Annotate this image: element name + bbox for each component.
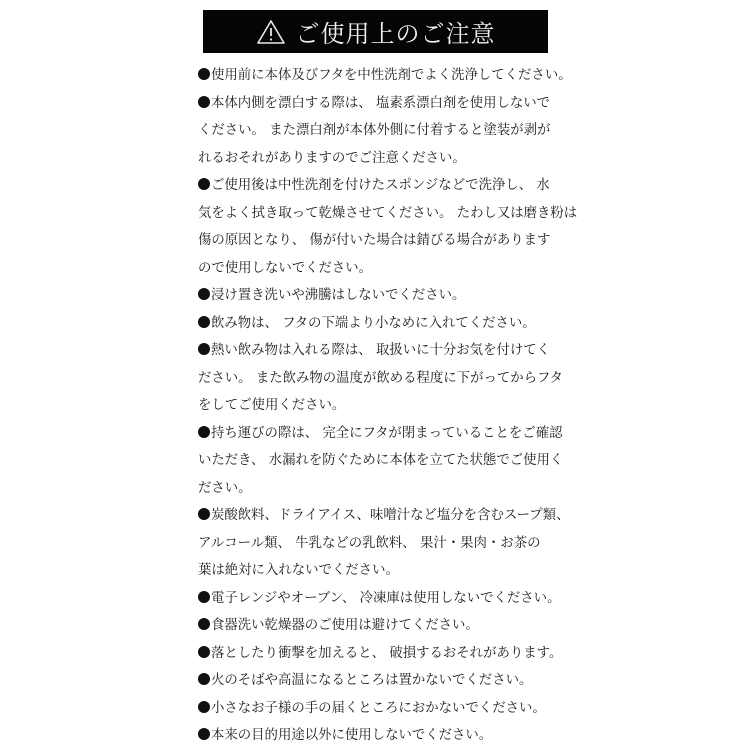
notice-item: 持ち運びの際は、 完全にフタが閉まっていることをご確認いただき、 水漏れを防ぐた… <box>198 420 568 503</box>
bullet-icon <box>198 508 210 520</box>
bullet-icon <box>198 96 210 108</box>
notice-text: 浸け置き洗いや沸騰はしないでください。 <box>211 288 465 303</box>
bullet-icon <box>198 426 210 438</box>
notice-item: 本体内側を漂白する際は、 塩素系漂白剤を使用しないでください。 また漂白剤が本体… <box>198 90 568 173</box>
notice-text: 葉は絶対に入れないでください。 <box>198 563 399 578</box>
notice-text: 本来の目的用途以外に使用しないでください。 <box>211 728 492 743</box>
notice-line: 浸け置き洗いや沸騰はしないでください。 <box>198 282 568 310</box>
bullet-icon <box>198 68 210 80</box>
notice-item: 小さなお子様の手の届くところにおかないでください。 <box>198 695 568 723</box>
notice-text: 火のそばや高温になるところは置かないでください。 <box>211 673 532 688</box>
notice-text: 使用前に本体及びフタを中性洗剤でよく洗浄してください。 <box>211 68 572 83</box>
header-title: ご使用上のご注意 <box>296 14 496 49</box>
notice-text: 小さなお子様の手の届くところにおかないでください。 <box>211 701 546 716</box>
bullet-icon <box>198 646 210 658</box>
notice-text: ください。 また漂白剤が本体外側に付着すると塗装が剥が <box>198 123 550 138</box>
notice-line: 葉は絶対に入れないでください。 <box>198 557 568 585</box>
bullet-icon <box>198 288 210 300</box>
bullet-icon <box>198 343 210 355</box>
notice-text: ださい。 また飲み物の温度が飲める程度に下がってからフタ <box>198 371 563 386</box>
notice-line: 電子レンジやオーブン、 冷凍庫は使用しないでください。 <box>198 585 568 613</box>
notice-item: 使用前に本体及びフタを中性洗剤でよく洗浄してください。 <box>198 62 568 90</box>
bullet-icon <box>198 178 210 190</box>
notice-text: 傷の原因となり、 傷が付いた場合は錆びる場合があります <box>198 233 550 248</box>
notice-line: 持ち運びの際は、 完全にフタが閉まっていることをご確認 <box>198 420 568 448</box>
notice-line: ので使用しないでください。 <box>198 255 568 283</box>
notice-text: 落としたり衝撃を加えると、 破損するおそれがあります。 <box>211 646 562 661</box>
notice-text: ので使用しないでください。 <box>198 261 372 276</box>
notice-line: いただき、 水漏れを防ぐために本体を立てた状態でご使用く <box>198 447 568 475</box>
notice-header: ご使用上のご注意 <box>203 10 548 53</box>
bullet-icon <box>198 701 210 713</box>
notice-text: 持ち運びの際は、 完全にフタが閉まっていることをご確認 <box>211 426 562 441</box>
notice-line: 本体内側を漂白する際は、 塩素系漂白剤を使用しないで <box>198 90 568 118</box>
notice-line: ださい。 また飲み物の温度が飲める程度に下がってからフタ <box>198 365 568 393</box>
notice-text: 熱い飲み物は入れる際は、 取扱いに十分お気を付けてく <box>211 343 550 358</box>
notice-line: ください。 また漂白剤が本体外側に付着すると塗装が剥が <box>198 117 568 145</box>
notice-item: 浸け置き洗いや沸騰はしないでください。 <box>198 282 568 310</box>
bullet-icon <box>198 618 210 630</box>
notice-text: ださい。 <box>198 481 252 496</box>
notice-item: 火のそばや高温になるところは置かないでください。 <box>198 667 568 695</box>
notice-text: をしてご使用ください。 <box>198 398 345 413</box>
notice-text: いただき、 水漏れを防ぐために本体を立てた状態でご使用く <box>198 453 563 468</box>
notice-line: 食器洗い乾燥器のご使用は避けてください。 <box>198 612 568 640</box>
notice-text: れるおそれがありますのでご注意ください。 <box>198 151 466 166</box>
bullet-icon <box>198 673 210 685</box>
notice-line: 熱い飲み物は入れる際は、 取扱いに十分お気を付けてく <box>198 337 568 365</box>
notice-line: 落としたり衝撃を加えると、 破損するおそれがあります。 <box>198 640 568 668</box>
notice-line: 火のそばや高温になるところは置かないでください。 <box>198 667 568 695</box>
notice-line: 本来の目的用途以外に使用しないでください。 <box>198 722 568 750</box>
notice-line: ご使用後は中性洗剤を付けたスポンジなどで洗浄し、 水 <box>198 172 568 200</box>
bullet-icon <box>198 728 210 740</box>
notice-item: ご使用後は中性洗剤を付けたスポンジなどで洗浄し、 水気をよく拭き取って乾燥させて… <box>198 172 568 282</box>
notice-line: 使用前に本体及びフタを中性洗剤でよく洗浄してください。 <box>198 62 568 90</box>
notice-line: れるおそれがありますのでご注意ください。 <box>198 145 568 173</box>
notice-item: 本来の目的用途以外に使用しないでください。 <box>198 722 568 750</box>
notice-line: 飲み物は、 フタの下端より小なめに入れてください。 <box>198 310 568 338</box>
notice-text: アルコール類、 牛乳などの乳飲料、 果汁・果肉・お茶の <box>198 536 540 551</box>
notice-text: 本体内側を漂白する際は、 塩素系漂白剤を使用しないで <box>211 96 550 111</box>
notice-list: 使用前に本体及びフタを中性洗剤でよく洗浄してください。本体内側を漂白する際は、 … <box>198 62 568 750</box>
notice-text: 気をよく拭き取って乾燥させてください。 たわし又は磨き粉は <box>198 206 577 221</box>
notice-line: 傷の原因となり、 傷が付いた場合は錆びる場合があります <box>198 227 568 255</box>
notice-line: 小さなお子様の手の届くところにおかないでください。 <box>198 695 568 723</box>
notice-line: 炭酸飲料、ドライアイス、味噌汁など塩分を含むスープ類、 <box>198 502 568 530</box>
bullet-icon <box>198 316 210 328</box>
notice-line: 気をよく拭き取って乾燥させてください。 たわし又は磨き粉は <box>198 200 568 228</box>
notice-text: 食器洗い乾燥器のご使用は避けてください。 <box>211 618 479 633</box>
warning-triangle-icon <box>256 19 286 45</box>
notice-item: 落としたり衝撃を加えると、 破損するおそれがあります。 <box>198 640 568 668</box>
notice-text: 炭酸飲料、ドライアイス、味噌汁など塩分を含むスープ類、 <box>211 508 569 523</box>
notice-line: アルコール類、 牛乳などの乳飲料、 果汁・果肉・お茶の <box>198 530 568 558</box>
bullet-icon <box>198 591 210 603</box>
notice-item: 飲み物は、 フタの下端より小なめに入れてください。 <box>198 310 568 338</box>
notice-line: をしてご使用ください。 <box>198 392 568 420</box>
notice-item: 電子レンジやオーブン、 冷凍庫は使用しないでください。 <box>198 585 568 613</box>
notice-text: ご使用後は中性洗剤を付けたスポンジなどで洗浄し、 水 <box>211 178 550 193</box>
notice-text: 飲み物は、 フタの下端より小なめに入れてください。 <box>211 316 536 331</box>
notice-text: 電子レンジやオーブン、 冷凍庫は使用しないでください。 <box>211 591 560 606</box>
notice-line: ださい。 <box>198 475 568 503</box>
notice-item: 食器洗い乾燥器のご使用は避けてください。 <box>198 612 568 640</box>
notice-item: 炭酸飲料、ドライアイス、味噌汁など塩分を含むスープ類、アルコール類、 牛乳などの… <box>198 502 568 585</box>
notice-item: 熱い飲み物は入れる際は、 取扱いに十分お気を付けてください。 また飲み物の温度が… <box>198 337 568 420</box>
